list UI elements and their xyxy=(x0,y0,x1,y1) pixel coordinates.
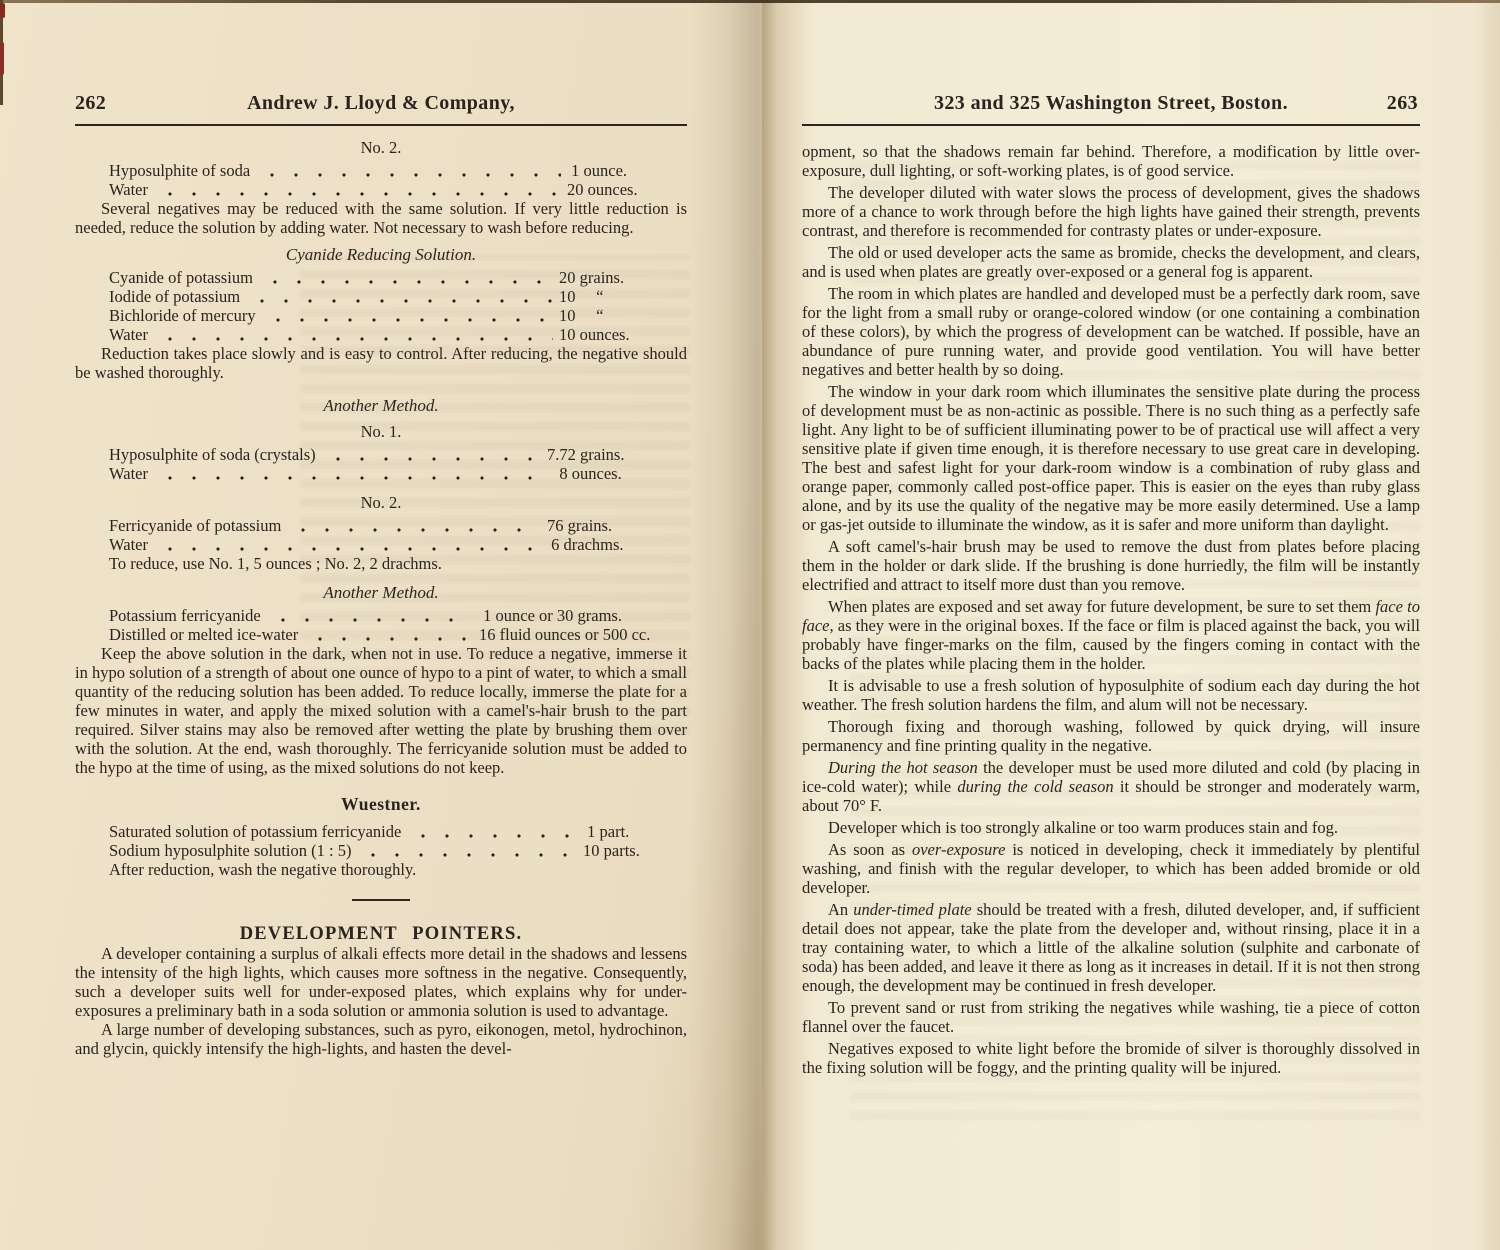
body-paragraph: Thorough fixing and thorough washing, fo… xyxy=(802,717,1420,755)
ingredient-value: 16 fluid ounces or 500 cc. xyxy=(479,625,679,644)
recipe-row: Water10 ounces. xyxy=(109,325,679,344)
ingredient-label: Hyposulphite of soda xyxy=(109,161,250,180)
ingredient-label: Water xyxy=(109,325,148,344)
section-title-no2b: No. 2. xyxy=(75,493,687,512)
section-title-another-method-1: Another Method. xyxy=(75,396,687,415)
recipe-row: Saturated solution of potassium ferricya… xyxy=(109,822,679,841)
body-paragraph: As soon as over-exposure is noticed in d… xyxy=(802,840,1420,897)
body-paragraph: Keep the above solution in the dark, whe… xyxy=(75,644,687,777)
left-running-header-row: 262 Andrew J. Lloyd & Company, xyxy=(75,92,687,116)
recipe-row: Potassium ferricyanide 1 ounce or 30 gra… xyxy=(109,606,679,625)
ingredient-label: Iodide of potassium xyxy=(109,287,240,306)
body-paragraph: The developer diluted with water slows t… xyxy=(802,183,1420,240)
ingredient-label: Distilled or melted ice-water xyxy=(109,625,298,644)
ingredient-value: 7.72 grains. xyxy=(547,445,679,464)
dot-leader xyxy=(154,325,553,344)
ingredient-value: 76 grains. xyxy=(547,516,679,535)
dot-leader xyxy=(154,535,541,554)
recipe-row: Distilled or melted ice-water16 fluid ou… xyxy=(109,625,679,644)
dot-leader xyxy=(154,180,561,199)
recipe-row: Hyposulphite of soda 1 ounce. xyxy=(109,161,679,180)
ingredient-value: 10 “ xyxy=(559,287,679,306)
ingredient-label: Saturated solution of potassium ferricya… xyxy=(109,822,401,841)
ingredient-value: 1 ounce or 30 grams. xyxy=(479,606,679,625)
ingredient-label: Potassium ferricyanide xyxy=(109,606,261,625)
ingredient-value: 10 ounces. xyxy=(559,325,679,344)
recipe-note: To reduce, use No. 1, 5 ounces ; No. 2, … xyxy=(109,554,687,573)
ingredient-label: Bichloride of mercury xyxy=(109,306,256,325)
dot-leader xyxy=(407,822,577,841)
ingredient-label: Cyanide of potassium xyxy=(109,268,253,287)
recipe-wuestner: Saturated solution of potassium ferricya… xyxy=(109,822,679,860)
book-page-right: 323 and 325 Washington Street, Boston. 2… xyxy=(762,0,1500,1250)
body-paragraph: The window in your dark room which illum… xyxy=(802,382,1420,534)
ingredient-label: Hyposulphite of soda (crystals) xyxy=(109,445,316,464)
section-title-wuestner: Wuestner. xyxy=(75,795,687,814)
ingredient-value: 10 “ xyxy=(559,306,679,325)
right-text-column: 323 and 325 Washington Street, Boston. 2… xyxy=(802,92,1420,1077)
divider-rule xyxy=(352,899,410,901)
body-paragraph: A soft camel's-hair brush may be used to… xyxy=(802,537,1420,594)
body-paragraph: A developer containing a surplus of alka… xyxy=(75,944,687,1020)
book-page-left: 262 Andrew J. Lloyd & Company, No. 2. Hy… xyxy=(0,0,762,1250)
right-running-header-row: 323 and 325 Washington Street, Boston. 2… xyxy=(802,92,1420,116)
body-paragraph: To prevent sand or rust from striking th… xyxy=(802,998,1420,1036)
body-paragraph: The room in which plates are handled and… xyxy=(802,284,1420,379)
dot-leader xyxy=(154,464,541,483)
body-paragraph: Negatives exposed to white light before … xyxy=(802,1039,1420,1077)
body-paragraph: It is advisable to use a fresh solution … xyxy=(802,676,1420,714)
recipe-cyanide: Cyanide of potassium20 grains. Iodide of… xyxy=(109,268,679,344)
section-title-another-method-2: Another Method. xyxy=(75,583,687,602)
recipe-row: Hyposulphite of soda (crystals)7.72 grai… xyxy=(109,445,679,464)
ingredient-label: Sodium hyposulphite solution (1 : 5) xyxy=(109,841,351,860)
recipe-row: Bichloride of mercury10 “ xyxy=(109,306,679,325)
recipe-another1-no1: Hyposulphite of soda (crystals)7.72 grai… xyxy=(109,445,679,483)
recipe-row: Sodium hyposulphite solution (1 : 5)10 p… xyxy=(109,841,679,860)
section-title-no1: No. 1. xyxy=(75,422,687,441)
scan-top-edge xyxy=(0,0,1500,3)
recipe-no2: Hyposulphite of soda 1 ounce. Water20 ou… xyxy=(109,161,679,199)
body-paragraph: When plates are exposed and set away for… xyxy=(802,597,1420,673)
ingredient-label: Water xyxy=(109,535,148,554)
dot-leader xyxy=(256,161,561,180)
dot-leader xyxy=(246,287,553,306)
dot-leader xyxy=(262,306,553,325)
ingredient-label: Ferricyanide of potassium xyxy=(109,516,281,535)
recipe-row: Iodide of potassium10 “ xyxy=(109,287,679,306)
ingredient-value: 10 parts. xyxy=(583,841,679,860)
page-number-left: 262 xyxy=(75,92,106,115)
cover-edge-mark xyxy=(0,3,5,18)
running-header-right: 323 and 325 Washington Street, Boston. xyxy=(802,92,1420,115)
recipe-row: Water20 ounces. xyxy=(109,180,679,199)
body-paragraph: A large number of developing substances,… xyxy=(75,1020,687,1058)
body-paragraph: Developer which is too strongly alkaline… xyxy=(802,818,1420,837)
ingredient-value: 1 ounce. xyxy=(567,161,679,180)
ingredient-value: 1 part. xyxy=(583,822,679,841)
recipe-note: After reduction, wash the negative thoro… xyxy=(109,860,687,879)
running-header-left: Andrew J. Lloyd & Company, xyxy=(75,92,687,115)
page-number-right: 263 xyxy=(1387,92,1418,115)
ingredient-label: Water xyxy=(109,464,148,483)
section-title-development-pointers: DEVELOPMENT POINTERS. xyxy=(75,925,687,944)
dot-leader xyxy=(259,268,553,287)
left-text-column: 262 Andrew J. Lloyd & Company, No. 2. Hy… xyxy=(75,92,687,1058)
ingredient-value: 20 grains. xyxy=(559,268,679,287)
recipe-row: Ferricyanide of potassium76 grains. xyxy=(109,516,679,535)
body-paragraph: Several negatives may be reduced with th… xyxy=(75,199,687,237)
dot-leader xyxy=(357,841,577,860)
body-paragraph: The old or used developer acts the same … xyxy=(802,243,1420,281)
recipe-another1-no2: Ferricyanide of potassium76 grains. Wate… xyxy=(109,516,679,554)
dot-leader xyxy=(304,625,473,644)
left-page-content: No. 2. Hyposulphite of soda 1 ounce. Wat… xyxy=(75,138,687,1058)
recipe-another2: Potassium ferricyanide 1 ounce or 30 gra… xyxy=(109,606,679,644)
dot-leader xyxy=(267,606,473,625)
body-paragraph: During the hot season the developer must… xyxy=(802,758,1420,815)
recipe-row: Cyanide of potassium20 grains. xyxy=(109,268,679,287)
book-scan: 262 Andrew J. Lloyd & Company, No. 2. Hy… xyxy=(0,0,1500,1250)
body-paragraph: Reduction takes place slowly and is easy… xyxy=(75,344,687,382)
ingredient-label: Water xyxy=(109,180,148,199)
section-title-cyanide: Cyanide Reducing Solution. xyxy=(75,245,687,264)
recipe-row: Water 6 drachms. xyxy=(109,535,679,554)
ingredient-value: 20 ounces. xyxy=(567,180,679,199)
ingredient-value: 6 drachms. xyxy=(547,535,679,554)
body-paragraph: opment, so that the shadows remain far b… xyxy=(802,142,1420,180)
ingredient-value: 8 ounces. xyxy=(547,464,679,483)
cover-edge-mark xyxy=(0,42,4,75)
dot-leader xyxy=(287,516,541,535)
body-paragraph: An under-timed plate should be treated w… xyxy=(802,900,1420,995)
dot-leader xyxy=(322,445,541,464)
recipe-row: Water 8 ounces. xyxy=(109,464,679,483)
header-rule-left xyxy=(75,124,687,126)
section-title-no2: No. 2. xyxy=(75,138,687,157)
right-page-content: opment, so that the shadows remain far b… xyxy=(802,126,1420,1077)
